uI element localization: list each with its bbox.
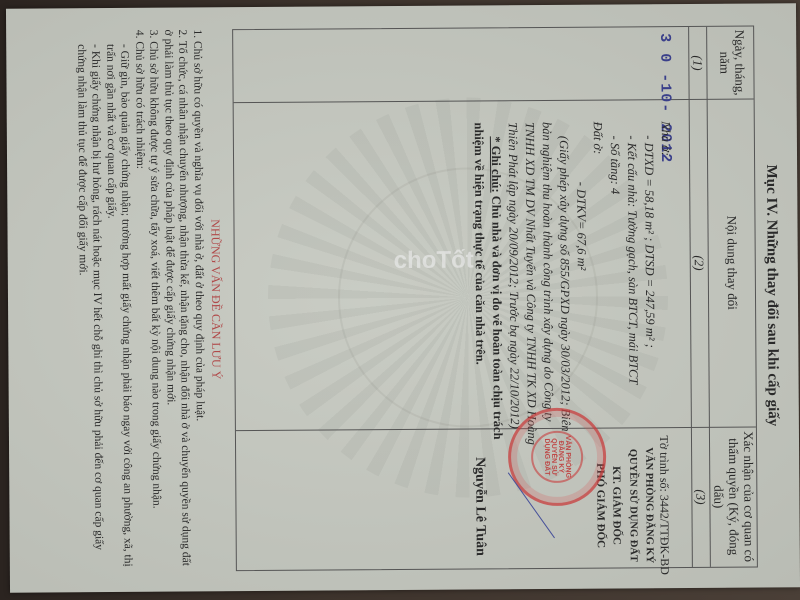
header-date: Ngày, tháng, năm xyxy=(717,27,748,99)
permit-line: Thiên Phát lập ngày 20/09/2012; Trước bạ… xyxy=(504,122,523,452)
note-sub-item: - Giữ gìn, bảo quản giấy chứng nhận; trư… xyxy=(103,30,136,570)
certificate-page: Mục IV. Những thay đổi sau khi cấp giấy … xyxy=(6,3,800,593)
notes-title: NHỮNG VẤN ĐỀ CẦN LƯU Ý xyxy=(206,29,225,569)
header-index-1: (1) xyxy=(690,27,706,99)
permit-line: bản nghiệm thu hoàn thành công trình xây… xyxy=(538,122,557,452)
house-line: - DTXD = 58,18 m² ; DTSD = 247,59 m² ; xyxy=(640,121,659,451)
column-divider xyxy=(234,99,754,104)
on-behalf-of: KT. GIÁM ĐỐC xyxy=(608,435,625,575)
changes-table: Ngày, tháng, năm Nội dung thay đổi Xác n… xyxy=(232,26,758,572)
chotot-watermark: choTốt xyxy=(394,246,474,275)
land-line: - DTKV= 67,6 m² xyxy=(572,122,591,452)
reference-number: Tờ trình số: 3442/TTĐK-BD xyxy=(656,435,673,575)
header-content: Nội dung thay đổi xyxy=(724,99,741,427)
notes-section: NHỮNG VẤN ĐỀ CẦN LƯU Ý 1. Chủ sở hữu có … xyxy=(74,29,225,570)
note-sub-item: - Khi giấy chứng nhận bị hư hỏng, rách n… xyxy=(74,30,107,570)
house-label: Nhà ở: xyxy=(657,121,676,451)
header-index-3: (3) xyxy=(693,427,709,567)
note-label: * Ghi chú: xyxy=(489,136,503,192)
note-item: 2. Tổ chức, cá nhân nhận chuyển nhượng, … xyxy=(161,29,194,569)
section-title: Mục IV. Những thay đổi sau khi cấp giấy xyxy=(761,3,782,587)
certificate-paper: Mục IV. Những thay đổi sau khi cấp giấy … xyxy=(6,3,800,593)
header-index-2: (2) xyxy=(691,99,708,427)
house-line: - Kết cấu nhà: Tường gạch, sàn BTCT, mái… xyxy=(623,121,642,451)
signer-name: Nguyễn Lê Tuân xyxy=(471,436,488,576)
note-text: Chủ nhà và đơn vị đo vẽ hoàn toàn chịu t… xyxy=(489,196,505,440)
issuing-office: VĂN PHÒNG ĐĂNG KÝ QUYỀN SỬ DỤNG ĐẤT xyxy=(624,435,657,575)
house-line: - Số tầng: 4 xyxy=(606,121,625,451)
note-text: nhiệm về hiện trạng thực tế của căn nhà … xyxy=(470,122,489,452)
entry-content: Nhà ở: - DTXD = 58,18 m² ; DTSD = 247,59… xyxy=(470,121,676,452)
header-approval: Xác nhận của cơ quan có thẩm quyền (Ký, … xyxy=(711,427,757,567)
permit-line: (Giấy phép xây dựng số 855/GPXD ngày 30/… xyxy=(555,122,574,452)
permit-line: TNHH XD TM DV Nhất Tuyến và Công ty TNHH… xyxy=(521,122,540,452)
